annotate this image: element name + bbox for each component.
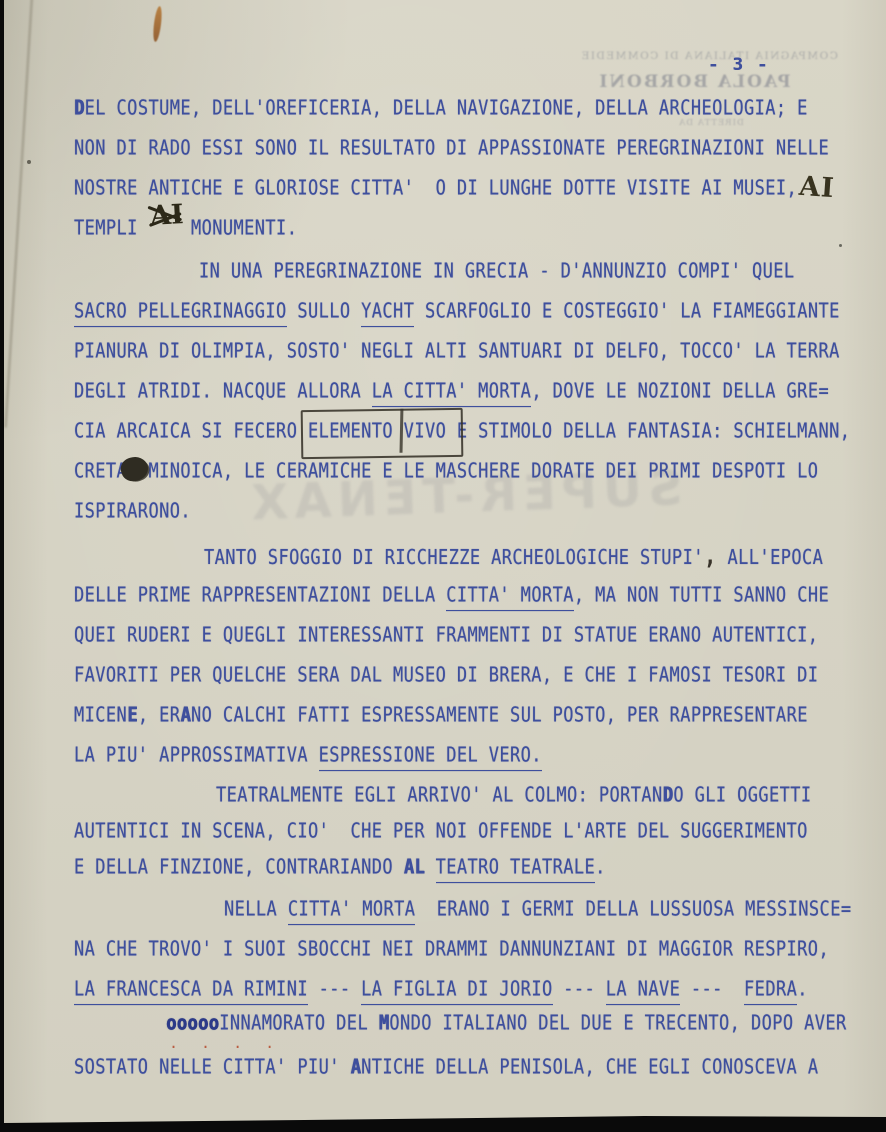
text-segment: ONDO ITALIANO DEL DUE E TRECENTO, DOPO A… — [389, 1012, 846, 1036]
text-segment: A — [351, 1056, 362, 1080]
text-segment: SACRO PELLEGRINAGGIO — [74, 300, 287, 327]
handwritten-ai-annotation-musei: AI — [798, 171, 836, 204]
scanned-document: COMPAGNIA ITALIANA DI COMMEDIE PAOLA BOR… — [0, 0, 886, 1132]
text-segment: ERANO I GERMI DELLA LUSSUOSA MESSINSCE= — [415, 898, 851, 922]
text-segment: SULLO — [287, 300, 361, 324]
text-segment: D — [74, 97, 85, 121]
typewritten-line: FAVORITI PER QUELCHE SERA DAL MUSEO DI B… — [74, 664, 860, 704]
typewritten-line: NA CHE TROVO' I SUOI SBOCCHI NEI DRAMMI … — [74, 938, 860, 978]
text-segment: NA CHE TROVO' I SUOI SBOCCHI NEI DRAMMI … — [74, 938, 829, 962]
paragraph: IN UNA PEREGRINAZIONE IN GRECIA - D'ANNU… — [74, 260, 860, 540]
text-segment: TEATRO TEATRALE — [436, 856, 596, 883]
text-segment: NOSTRE ANTICHE E GLORIOSE CITTA' O DI LU… — [74, 177, 797, 201]
text-segment: NON DI RADO ESSI SONO IL RESULTATO DI AP… — [74, 137, 829, 161]
text-segment: , DOVE LE NOZIONI DELLA GRE= — [531, 380, 829, 404]
text-segment: AUTENTICI IN SCENA, CIO' CHE PER NOI OFF… — [74, 820, 808, 844]
pencil-box-divider — [400, 409, 403, 453]
paragraph: NELLA CITTA' MORTA ERANO I GERMI DELLA L… — [74, 898, 860, 1018]
text-segment: E DELLA FINZIONE, CONTRARIANDO — [74, 856, 404, 880]
paragraph: DEL COSTUME, DELL'OREFICERIA, DELLA NAVI… — [74, 97, 860, 257]
text-segment: LA PIU' APPROSSIMATIVA — [74, 744, 319, 768]
handwritten-mark: , — [704, 542, 717, 570]
paragraph: TANTO SFOGGIO DI RICCHEZZE ARCHEOLOGICHE… — [74, 544, 860, 784]
text-segment: LA FRANCESCA DA RIMINI — [74, 978, 308, 1005]
typewritten-line: E DELLA FINZIONE, CONTRARIANDO AL TEATRO… — [74, 856, 860, 892]
text-segment: PIANURA DI OLIMPIA, SOSTO' NEGLI ALTI SA… — [74, 340, 840, 364]
text-segment — [425, 856, 436, 880]
typewritten-line: TEATRALMENTE EGLI ARRIVO' AL COLMO: PORT… — [74, 784, 860, 820]
typewritten-line: IN UNA PEREGRINAZIONE IN GRECIA - D'ANNU… — [74, 260, 860, 300]
text-segment: D — [663, 784, 674, 808]
text-segment: AL — [404, 856, 425, 880]
pencil-box-annotation — [301, 408, 464, 459]
handwritten-ai-annotation-templi: AI — [149, 199, 184, 232]
text-segment: EL COSTUME, DELL'OREFICERIA, DELLA NAVIG… — [85, 97, 808, 121]
text-segment: DEGLI ATRIDI. NACQUE ALLORA — [74, 380, 372, 404]
paper-sheet: COMPAGNIA ITALIANA DI COMMEDIE PAOLA BOR… — [4, 0, 886, 1126]
text-segment: CITTA' MORTA — [446, 584, 574, 611]
text-segment: . — [595, 856, 606, 880]
text-segment: FEDRA — [744, 978, 797, 1005]
typewritten-line: QUEI RUDERI E QUEGLI INTERESSANTI FRAMME… — [74, 624, 860, 664]
text-segment: ALL'EPOCA — [717, 546, 823, 570]
text-segment: MICEN — [74, 704, 127, 728]
typewritten-line: MICENE, ERANO CALCHI FATTI ESPRESSAMENTE… — [74, 704, 860, 744]
typewritten-line: TANTO SFOGGIO DI RICCHEZZE ARCHEOLOGICHE… — [74, 544, 860, 584]
text-segment: SOSTATO NELLE CITTA' PIU' — [74, 1056, 351, 1080]
text-segment: LA FIGLIA DI JORIO — [361, 978, 552, 1005]
typewritten-line: DEL COSTUME, DELL'OREFICERIA, DELLA NAVI… — [74, 97, 860, 137]
text-segment: , ER — [138, 704, 181, 728]
text-segment: --- — [680, 978, 744, 1002]
typewritten-line: DEGLI ATRIDI. NACQUE ALLORA LA CITTA' MO… — [74, 380, 860, 420]
text-segment: O GLI OGGETTI — [673, 784, 811, 808]
typewritten-line: PIANURA DI OLIMPIA, SOSTO' NEGLI ALTI SA… — [74, 340, 860, 380]
typewritten-line: SOSTATO NELLE CITTA' PIU' ANTICHE DELLA … — [74, 1056, 860, 1100]
text-segment: --- — [553, 978, 606, 1002]
red-ink-dots: · · · · — [169, 1038, 281, 1056]
text-segment: TEMPLI MONUMENTI. — [74, 217, 297, 241]
text-segment: INNAMORATO DEL — [219, 1012, 379, 1036]
text-segment: A — [180, 704, 191, 728]
text-segment: SCARFOGLIO E COSTEGGIO' LA FIAMEGGIANTE — [414, 300, 839, 324]
text-segment: QUEI RUDERI E QUEGLI INTERESSANTI FRAMME… — [74, 624, 818, 648]
text-segment: ooooo — [166, 1012, 219, 1036]
text-segment: --- — [308, 978, 361, 1002]
text-segment: M — [379, 1012, 390, 1036]
typewritten-line: CIA ARCAICA SI FECERO ELEMENTO VIVO E ST… — [74, 420, 860, 460]
typewritten-line: LA PIU' APPROSSIMATIVA ESPRESSIONE DEL V… — [74, 744, 860, 784]
text-segment: NELLA — [224, 898, 288, 922]
typewritten-line: TEMPLI MONUMENTI. — [74, 217, 860, 257]
typewritten-line: NOSTRE ANTICHE E GLORIOSE CITTA' O DI LU… — [74, 177, 860, 217]
text-segment: DELLE PRIME RAPPRESENTAZIONI DELLA — [74, 584, 446, 608]
text-segment: CITTA' MORTA — [288, 898, 416, 925]
text-segment: , MA NON TUTTI SANNO CHE — [574, 584, 829, 608]
text-segment: TEATRALMENTE EGLI ARRIVO' AL COLMO: PORT… — [216, 784, 663, 808]
text-segment: NO CALCHI FATTI ESPRESSAMENTE SUL POSTO,… — [191, 704, 808, 728]
typewritten-line: AUTENTICI IN SCENA, CIO' CHE PER NOI OFF… — [74, 820, 860, 856]
text-segment: CRETA MINOICA, LE CERAMICHE E LE MASCHER… — [74, 460, 818, 484]
typewritten-line: NON DI RADO ESSI SONO IL RESULTATO DI AP… — [74, 137, 860, 177]
text-segment: IN UNA PEREGRINAZIONE IN GRECIA - D'ANNU… — [199, 260, 795, 284]
text-segment: YACHT — [361, 300, 414, 327]
typewritten-text: DEL COSTUME, DELL'OREFICERIA, DELLA NAVI… — [4, 0, 886, 1132]
paragraph: oooooINNAMORATO DEL MONDO ITALIANO DEL D… — [74, 1012, 860, 1100]
typewritten-line: ISPIRARONO. — [74, 500, 860, 540]
text-segment: E — [127, 704, 138, 728]
text-segment: LA CITTA' MORTA — [372, 380, 532, 407]
typewritten-line: NELLA CITTA' MORTA ERANO I GERMI DELLA L… — [74, 898, 860, 938]
typewritten-line: CRETA MINOICA, LE CERAMICHE E LE MASCHER… — [74, 460, 860, 500]
text-segment: LA NAVE — [606, 978, 680, 1005]
text-segment: ISPIRARONO. — [74, 500, 191, 524]
text-segment: NTICHE DELLA PENISOLA, CHE EGLI CONOSCEV… — [361, 1056, 818, 1080]
text-segment: ESPRESSIONE DEL VERO. — [319, 744, 542, 771]
typewritten-line: SACRO PELLEGRINAGGIO SULLO YACHT SCARFOG… — [74, 300, 860, 340]
text-segment: TANTO SFOGGIO DI RICCHEZZE ARCHEOLOGICHE… — [204, 546, 704, 570]
text-segment: FAVORITI PER QUELCHE SERA DAL MUSEO DI B… — [74, 664, 818, 688]
text-segment: . — [797, 978, 808, 1002]
paragraph: TEATRALMENTE EGLI ARRIVO' AL COLMO: PORT… — [74, 784, 860, 892]
typewritten-line: DELLE PRIME RAPPRESENTAZIONI DELLA CITTA… — [74, 584, 860, 624]
